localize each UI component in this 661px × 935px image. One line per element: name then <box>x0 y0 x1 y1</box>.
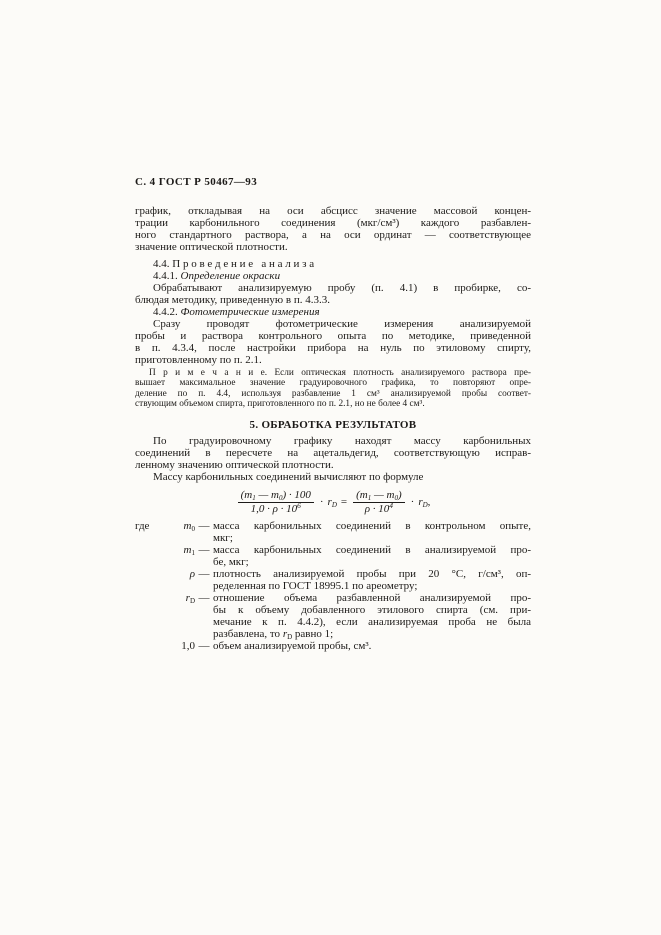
scanned-document-page: С. 4 ГОСТ Р 50467—93 график, откладывая … <box>0 0 661 935</box>
heading-4-4-1-title: Определение окраски <box>181 270 281 282</box>
multiply-operator: · <box>407 496 419 508</box>
text-line: пробы и раствора контрольного опыта по м… <box>135 330 531 342</box>
text-line: масса карбонильных соединений в контроль… <box>213 520 531 532</box>
text-line: значение оптической плотности. <box>135 241 531 253</box>
note-paragraph: П р и м е ч а н и е. Если оптическая пло… <box>135 368 531 410</box>
equals-sign: = <box>337 496 351 508</box>
text-line: П р и м е ч а н и е. Если оптическая пло… <box>135 368 531 378</box>
text-line: плотность анализируемой пробы при 20 °С,… <box>213 568 531 580</box>
text-line: ределенная по ГОСТ 18995.1 по ареометру; <box>213 580 531 592</box>
definition-description: плотность анализируемой пробы при 20 °С,… <box>213 568 531 592</box>
text-line: отношение объема разбавленной анализируе… <box>213 592 531 604</box>
definitions-list: где m0 — масса карбонильных соединений в… <box>135 520 531 652</box>
heading-4-4-1-number: 4.4.1. <box>153 270 181 282</box>
text-line: приготовленному по п. 2.1. <box>135 354 531 366</box>
text-line: Сразу проводят фотометрические измерения… <box>135 318 531 330</box>
fraction-left: (m1 — m0) · 100 1,0 · ρ · 106 <box>236 489 316 516</box>
section-5-heading: 5. ОБРАБОТКА РЕЗУЛЬТАТОВ <box>135 419 531 431</box>
fraction-right: (m1 — m0) ρ · 104 <box>351 489 407 516</box>
text-line: объем анализируемой пробы, см³. <box>213 640 531 652</box>
where-label: где <box>135 520 159 532</box>
definition-row-m0: где m0 — масса карбонильных соединений в… <box>135 520 531 544</box>
formula-intro-line: Массу карбонильных соединений вычисляют … <box>135 471 531 483</box>
definition-row-volume: 1,0 — объем анализируемой пробы, см³. <box>135 640 531 652</box>
definition-term: rD <box>159 592 195 604</box>
paragraph-calibration-graph: график, откладывая на оси абсцисс значен… <box>135 205 531 253</box>
text-line: вышает максимальное значение градуировоч… <box>135 378 531 388</box>
paragraph-photometric-measurements: Сразу проводят фотометрические измерения… <box>135 318 531 366</box>
fraction-left-denominator: 1,0 · ρ · 106 <box>238 503 314 516</box>
text-line: ствующим объемом спирта, приготовленного… <box>135 399 531 409</box>
text-line: деление по п. 4.4, используя разбавление… <box>135 389 531 399</box>
definition-dash: — <box>195 568 213 580</box>
definition-term: 1,0 <box>159 640 195 652</box>
text-line: в п. 4.3.4, после настройки прибора на н… <box>135 342 531 354</box>
heading-4-4: 4.4. П р о в е д е н и е а н а л и з а <box>135 258 531 270</box>
definition-description: масса карбонильных соединений в анализир… <box>213 544 531 568</box>
heading-4-4-2-number: 4.4.2. <box>153 306 181 318</box>
paragraph-result-processing: По градуировочному графику находят массу… <box>135 435 531 471</box>
definition-description: объем анализируемой пробы, см³. <box>213 640 531 652</box>
definition-dash: — <box>195 520 213 532</box>
text-block: С. 4 ГОСТ Р 50467—93 график, откладывая … <box>135 176 531 652</box>
text-line: По градуировочному графику находят массу… <box>135 435 531 447</box>
text-line: ного стандартного раствора, а на оси орд… <box>135 229 531 241</box>
fraction-left-numerator: (m1 — m0) · 100 <box>238 489 314 503</box>
definition-term: m0 <box>159 520 195 532</box>
dilution-ratio-symbol: rD <box>328 496 337 508</box>
text-line: разбавлена, то rD равно 1; <box>213 628 531 640</box>
definition-row-rho: ρ — плотность анализируемой пробы при 20… <box>135 568 531 592</box>
definition-term: ρ <box>159 568 195 580</box>
definition-description: масса карбонильных соединений в контроль… <box>213 520 531 544</box>
dilution-ratio-symbol: rD, <box>418 496 430 508</box>
heading-4-4-2-title: Фотометрические измерения <box>181 306 320 318</box>
text-line: мкг; <box>213 532 531 544</box>
text-line: ленному значению оптической плотности. <box>135 459 531 471</box>
fraction-right-numerator: (m1 — m0) <box>353 489 405 503</box>
fraction-right-denominator: ρ · 104 <box>353 503 405 516</box>
text-line: соединений в пересчете на ацетальдегид, … <box>135 447 531 459</box>
definition-term: m1 <box>159 544 195 556</box>
definition-description: отношение объема разбавленной анализируе… <box>213 592 531 640</box>
paragraph-color-determination: Обрабатывают анализируемую пробу (п. 4.1… <box>135 282 531 306</box>
definition-dash: — <box>195 640 213 652</box>
text-line: Обрабатывают анализируемую пробу (п. 4.1… <box>135 282 531 294</box>
definition-row-m1: m1 — масса карбонильных соединений в ана… <box>135 544 531 568</box>
mass-formula: (m1 — m0) · 100 1,0 · ρ · 106 ·rD= (m1 —… <box>135 489 531 516</box>
text-line: бы к объему добавленного этилового спирт… <box>213 604 531 616</box>
heading-4-4-1: 4.4.1. Определение окраски <box>135 270 531 282</box>
text-line: масса карбонильных соединений в анализир… <box>213 544 531 556</box>
definition-dash: — <box>195 544 213 556</box>
text-line: блюдая методику, приведенную в п. 4.3.3. <box>135 294 531 306</box>
text-line: мечание к п. 4.4.2), если анализируемая … <box>213 616 531 628</box>
multiply-operator: · <box>316 496 328 508</box>
text-line: график, откладывая на оси абсцисс значен… <box>135 205 531 217</box>
text-line: трации карбонильного соединения (мкг/см³… <box>135 217 531 229</box>
definition-row-rd: rD — отношение объема разбавленной анали… <box>135 592 531 640</box>
heading-4-4-2: 4.4.2. Фотометрические измерения <box>135 306 531 318</box>
text-line: бе, мкг; <box>213 556 531 568</box>
definition-dash: — <box>195 592 213 604</box>
running-header: С. 4 ГОСТ Р 50467—93 <box>135 176 531 188</box>
